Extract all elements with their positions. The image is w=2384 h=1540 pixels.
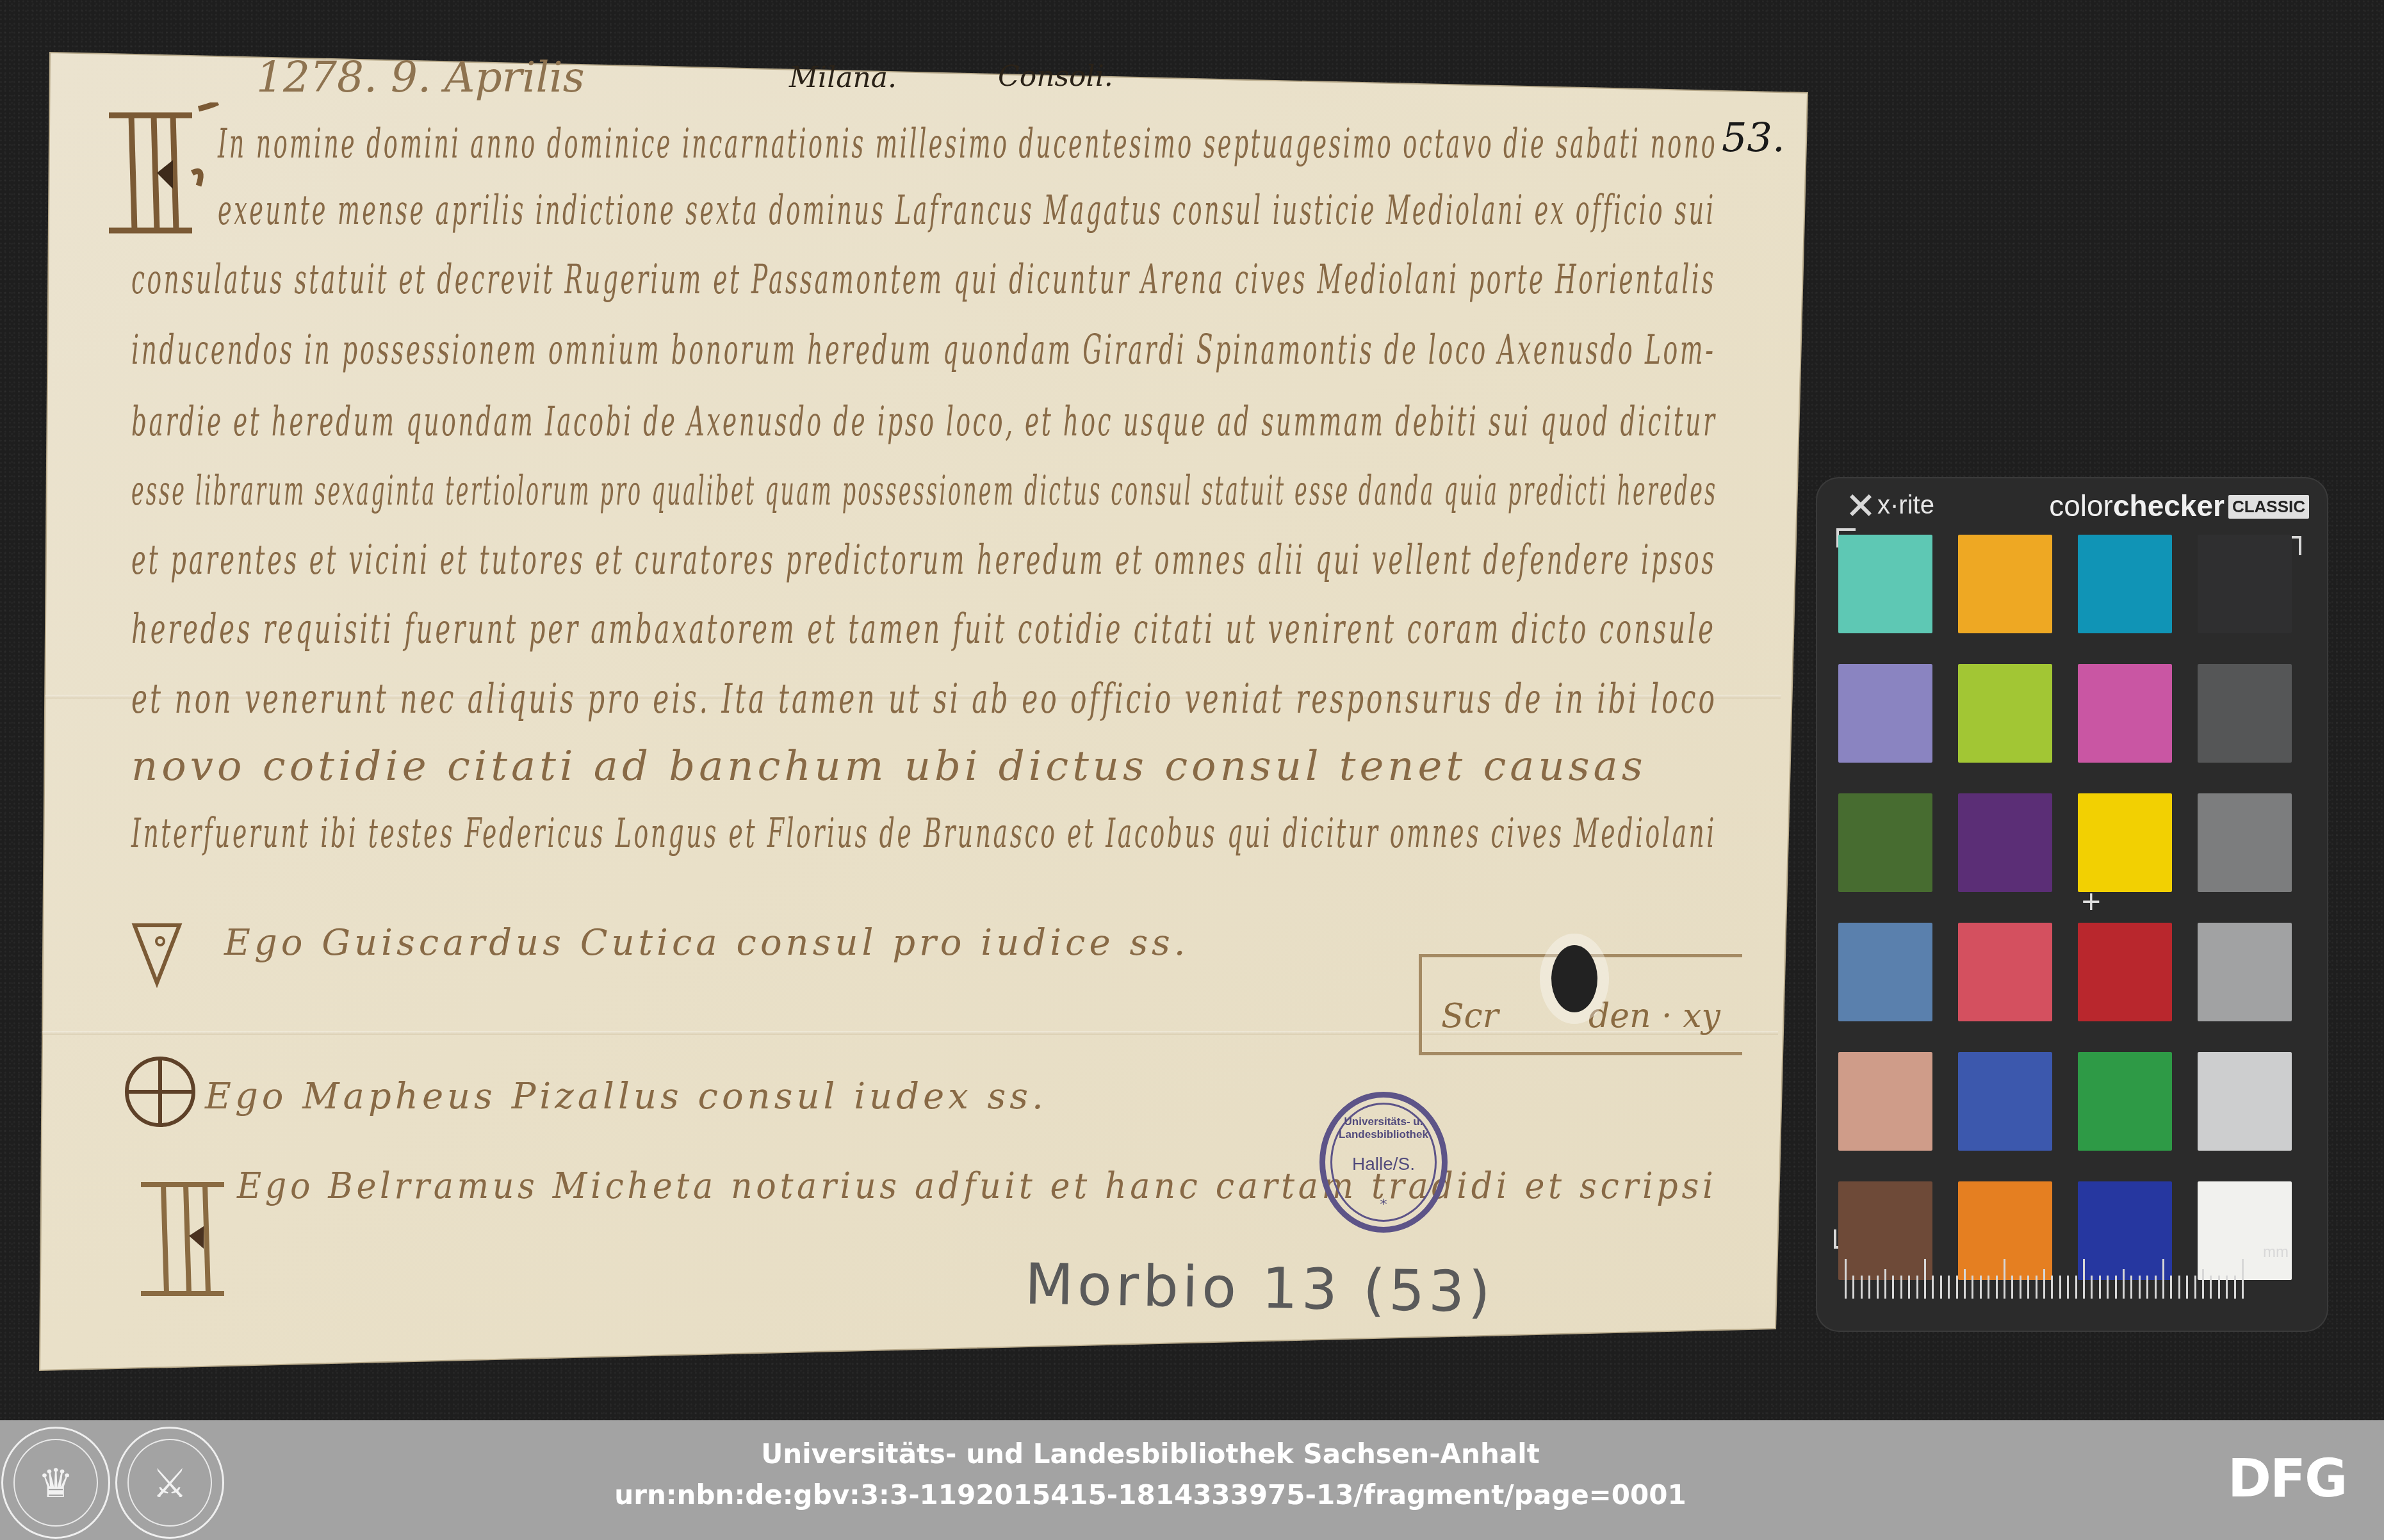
library-stamp: Universitäts- u. Landesbibliothek Halle/… bbox=[1319, 1092, 1448, 1233]
ruler-tick bbox=[1908, 1276, 1910, 1299]
ruler-tick bbox=[2011, 1276, 2013, 1299]
xrite-brand-text: x·rite bbox=[1877, 491, 1934, 519]
ruler-tick bbox=[1892, 1276, 1894, 1299]
ruler-tick bbox=[2194, 1276, 2196, 1299]
date-note: 1278. 9. Aprilis bbox=[256, 53, 585, 102]
ruler-tick bbox=[2075, 1276, 2077, 1299]
ruler-tick bbox=[1996, 1276, 1998, 1299]
color-swatch-grid bbox=[1838, 535, 2306, 1280]
ruler-tick bbox=[2210, 1276, 2212, 1299]
ruler-tick bbox=[2146, 1276, 2148, 1299]
color-swatch-neutral-6-5 bbox=[2198, 923, 2292, 1021]
colorchecker-title: colorcheckerCLASSIC bbox=[2049, 489, 2309, 523]
decorated-initial-icon bbox=[96, 102, 224, 269]
text-line: novo cotidie citati ad banchum ubi dictu… bbox=[131, 743, 1647, 790]
urn-identifier[interactable]: urn:nbn:de:gbv:3:3-1192015415-1814333975… bbox=[0, 1479, 2384, 1511]
ruler-tick bbox=[1900, 1276, 1902, 1299]
ruler-tick bbox=[2123, 1269, 2125, 1299]
ruler-tick bbox=[1972, 1276, 1973, 1299]
ruler-tick bbox=[1916, 1276, 1918, 1299]
color-swatch-blue-sky bbox=[1838, 923, 1932, 1021]
ruler-tick bbox=[2226, 1276, 2228, 1299]
dfg-logo: DFG bbox=[2228, 1448, 2346, 1509]
color-swatch-yellow bbox=[2078, 793, 2172, 892]
color-swatch-orange-yellow bbox=[1958, 535, 2052, 633]
ruler-tick bbox=[2162, 1259, 2164, 1299]
text-line: esse librarum sexaginta tertiolorum pro … bbox=[131, 467, 1717, 515]
ruler-tick bbox=[2139, 1276, 2141, 1299]
ruler-tick bbox=[1852, 1276, 1854, 1299]
ruler-tick bbox=[2004, 1259, 2005, 1299]
ruler-tick bbox=[1988, 1276, 1989, 1299]
classic-badge: CLASSIC bbox=[2228, 495, 2309, 519]
color-swatch-yellow-green bbox=[1958, 664, 2052, 763]
color-swatch-green bbox=[2078, 1052, 2172, 1151]
text-line: et parentes et vicini et tutores et cura… bbox=[131, 537, 1717, 584]
text-line: In nomine domini anno dominice incarnati… bbox=[218, 120, 1717, 168]
ruler-tick bbox=[2043, 1269, 2045, 1299]
color-swatch-black bbox=[2198, 535, 2292, 633]
subscription-line: Ego Guiscardus Cutica consul pro iudice … bbox=[224, 922, 1189, 964]
text-line: bardie et heredum quondam Iacobi de Axen… bbox=[131, 398, 1717, 446]
text-line: heredes requisiti fuerunt per ambaxatore… bbox=[131, 606, 1716, 653]
color-swatch-light-skin bbox=[1838, 1052, 1932, 1151]
shelfmark: Morbio 13 (53) bbox=[1024, 1251, 1494, 1325]
ruler-tick bbox=[2051, 1276, 2053, 1299]
notary-signum-initial-icon bbox=[128, 1172, 243, 1325]
ruler-tick bbox=[2036, 1276, 2037, 1299]
boxed-note-right: den · xy bbox=[1588, 997, 1720, 1035]
ruler-tick bbox=[2186, 1276, 2188, 1299]
ruler-unit-label: mm bbox=[2263, 1244, 2289, 1261]
color-swatch-magenta bbox=[2078, 664, 2172, 763]
color-swatch-blue-flower bbox=[1838, 664, 1932, 763]
subscription-line: Ego Belrramus Micheta notarius adfuit et… bbox=[237, 1165, 1717, 1207]
institution-name: Universitäts- und Landesbibliothek Sachs… bbox=[0, 1438, 2384, 1470]
product-name-bold: checker bbox=[2113, 489, 2225, 523]
color-checker-card: x·rite colorcheckerCLASSIC + mm bbox=[1816, 477, 2328, 1332]
ruler-tick bbox=[2107, 1276, 2109, 1299]
subscription-line: Ego Mapheus Pizallus consul iudex ss. bbox=[205, 1076, 1047, 1117]
mm-ruler bbox=[1845, 1254, 2255, 1299]
ruler-tick bbox=[2202, 1269, 2204, 1299]
footer-bar: ♛ ⚔ Universitäts- und Landesbibliothek S… bbox=[0, 1420, 2384, 1540]
ruler-tick bbox=[2234, 1276, 2236, 1299]
folio-number: 53. bbox=[1722, 114, 1785, 161]
color-swatch-purple bbox=[1958, 793, 2052, 892]
color-swatch-neutral-5 bbox=[2198, 793, 2292, 892]
ruler-tick bbox=[2170, 1276, 2172, 1299]
color-swatch-bluish-green bbox=[1838, 535, 1932, 633]
ruler-tick bbox=[1940, 1276, 1942, 1299]
parchment-hole bbox=[1551, 945, 1597, 1012]
stamp-ring-text: Universitäts- u. Landesbibliothek bbox=[1325, 1115, 1442, 1141]
xrite-logo-icon bbox=[1848, 493, 1872, 517]
ruler-tick bbox=[2130, 1276, 2132, 1299]
stamp-star-icon: * bbox=[1325, 1197, 1442, 1213]
text-line: exeunte mense aprilis indictione sexta d… bbox=[218, 187, 1716, 234]
ruler-tick bbox=[1964, 1269, 1966, 1299]
ruler-tick bbox=[2091, 1276, 2093, 1299]
boxed-note-left: Scr bbox=[1441, 997, 1499, 1035]
color-swatch-cyan bbox=[2078, 535, 2172, 633]
ruler-tick bbox=[2083, 1259, 2085, 1299]
ruler-tick bbox=[2099, 1276, 2101, 1299]
notary-signum-icon bbox=[128, 912, 186, 989]
crosshair-icon: + bbox=[2080, 887, 2102, 916]
ruler-tick bbox=[1956, 1276, 1958, 1299]
product-name-light: color bbox=[2049, 489, 2113, 523]
ruler-tick bbox=[1884, 1269, 1886, 1299]
ruler-tick bbox=[1845, 1259, 1847, 1299]
ruler-tick bbox=[2115, 1276, 2117, 1299]
ruler-tick bbox=[2027, 1276, 2029, 1299]
ruler-tick bbox=[2155, 1276, 2157, 1299]
color-swatch-neutral-3-5 bbox=[2198, 664, 2292, 763]
xrite-brand: x·rite bbox=[1848, 491, 1934, 520]
ruler-tick bbox=[1868, 1276, 1870, 1299]
ruler-tick bbox=[2067, 1276, 2069, 1299]
ruler-tick bbox=[1980, 1276, 1982, 1299]
subject-note: Consoli. bbox=[998, 60, 1113, 93]
color-swatch-neutral-8 bbox=[2198, 1052, 2292, 1151]
ruler-tick bbox=[1924, 1259, 1926, 1299]
color-swatch-red bbox=[2078, 923, 2172, 1021]
stamp-center-text: Halle/S. bbox=[1325, 1154, 1442, 1174]
ruler-tick bbox=[2242, 1259, 2244, 1299]
ruler-tick bbox=[1948, 1276, 1950, 1299]
ruler-tick bbox=[2020, 1276, 2021, 1299]
ruler-tick bbox=[2059, 1276, 2061, 1299]
text-line: inducendos in possessionem omnium bonoru… bbox=[131, 327, 1715, 374]
text-line: Interfuerunt ibi testes Federicus Longus… bbox=[131, 810, 1717, 857]
ruler-tick bbox=[1932, 1276, 1934, 1299]
text-line: consulatus statuit et decrevit Rugerium … bbox=[131, 256, 1716, 304]
color-swatch-foliage bbox=[1838, 793, 1932, 892]
text-line: et non venerunt nec aliquis pro eis. Ita… bbox=[131, 676, 1717, 723]
ruler-tick bbox=[1861, 1276, 1863, 1299]
ruler-tick bbox=[2178, 1276, 2180, 1299]
notary-signum-cross-circle-icon bbox=[122, 1050, 199, 1133]
ruler-tick bbox=[1877, 1276, 1879, 1299]
place-note: Milana. bbox=[789, 61, 897, 94]
color-swatch-moderate-red bbox=[1958, 923, 2052, 1021]
ruler-tick bbox=[2218, 1276, 2220, 1299]
color-swatch-blue bbox=[1958, 1052, 2052, 1151]
